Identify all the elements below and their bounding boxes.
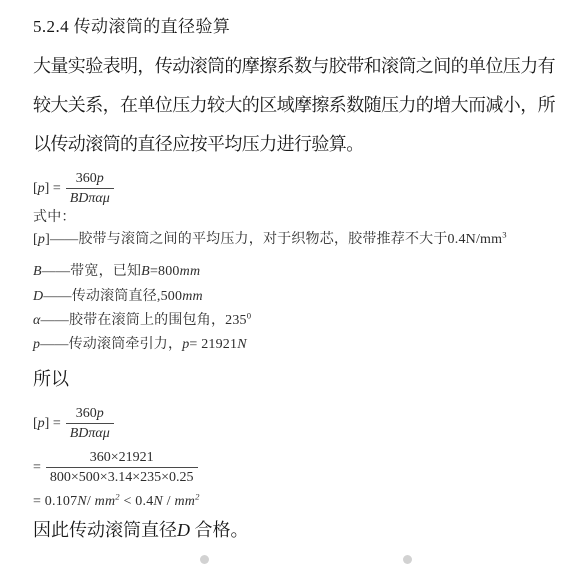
definition-belt-width: B——带宽，已知B=800mm	[33, 264, 200, 280]
so-label: 所以	[33, 369, 69, 390]
definition-wrap-angle: α——胶带在滚筒上的围包角，2350	[33, 313, 251, 329]
document-page: 5.2.4 传动滚筒的直径验算 大量实验表明，传动滚筒的摩擦系数与胶带和滚筒之间…	[0, 0, 586, 569]
definition-average-pressure: [p]——胶带与滚筒之间的平均压力，对于织物芯，胶带推荐不大于0.4N/mm3	[33, 232, 507, 248]
fraction: 360p BDπαμ	[66, 171, 114, 207]
fraction: 360p BDπαμ	[66, 406, 114, 442]
paragraph-line-3: 以传动滚筒的直径应按平均压力进行验算。	[33, 134, 364, 155]
formula-average-pressure: [p] = 360p BDπαμ	[33, 171, 114, 207]
fraction-denominator: BDπαμ	[66, 423, 114, 443]
section-heading: 5.2.4 传动滚筒的直径验算	[33, 17, 230, 37]
fraction-numerator: 360p	[66, 171, 114, 188]
definition-traction-force: p——传动滚筒牵引力，p= 21921N	[33, 337, 247, 353]
fraction-numerator: 360p	[66, 406, 114, 423]
paragraph-line-2: 较大关系，在单位压力较大的区域摩擦系数随压力的增大而减小，所	[33, 95, 555, 116]
paragraph-line-1: 大量实验表明，传动滚筒的摩擦系数与胶带和滚筒之间的单位压力有	[33, 56, 555, 77]
calculation-step-2: = 360×21921 800×500×3.14×235×0.25	[33, 450, 198, 486]
formula-lhs: [p] =	[33, 416, 61, 432]
calculation-step-3: = 0.107N/ mm2 < 0.4N / mm2	[33, 494, 200, 510]
calculation-step-1: [p] = 360p BDπαμ	[33, 406, 114, 442]
fraction-denominator: 800×500×3.14×235×0.25	[46, 467, 198, 487]
fraction-numerator: 360×21921	[46, 450, 198, 467]
definition-drum-diameter: D——传动滚筒直径,500mm	[33, 289, 203, 305]
selection-handle-dot[interactable]	[200, 555, 209, 564]
where-label: 式中：	[33, 210, 76, 226]
fraction: 360×21921 800×500×3.14×235×0.25	[46, 450, 198, 486]
selection-handle-dot[interactable]	[403, 555, 412, 564]
conclusion-line: 因此传动滚筒直径D 合格。	[33, 520, 249, 541]
fraction-denominator: BDπαμ	[66, 188, 114, 208]
equals-sign: =	[33, 460, 41, 476]
formula-lhs: [p] =	[33, 181, 61, 197]
